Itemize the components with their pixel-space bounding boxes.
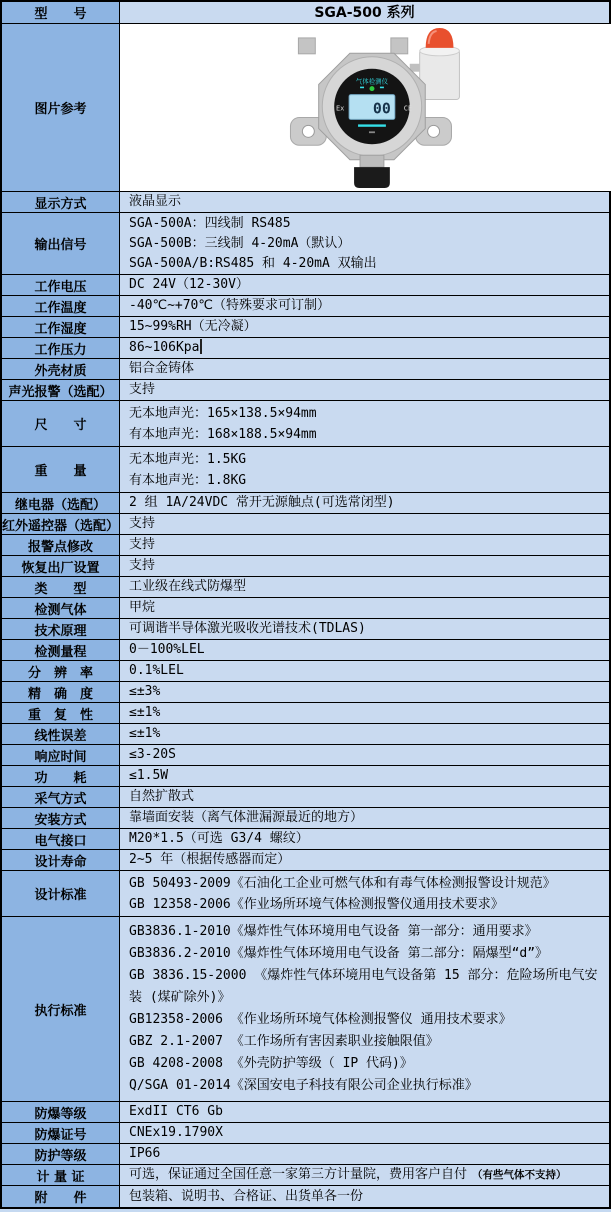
spec-value: 2~5 年（根据传感器而定） xyxy=(120,850,609,870)
spec-label: 工作湿度 xyxy=(2,317,120,337)
spec-label: 红外遥控器（选配） xyxy=(2,514,120,534)
spec-value: M20*1.5（可选 G3/4 螺纹） xyxy=(120,829,609,849)
spec-label: 声光报警（选配） xyxy=(2,380,120,400)
spec-value-text: -40℃~+70℃（特殊要求可订制） xyxy=(129,297,609,315)
spec-value-text: ≤1.5W xyxy=(129,767,609,785)
spec-value: 15~99%RH（无冷凝） xyxy=(120,317,609,337)
spec-value: 可调谐半导体激光吸收光谱技术(TDLAS) xyxy=(120,619,609,639)
table-row: 重 量 无本地声光：1.5KG 有本地声光：1.8KG xyxy=(2,447,609,493)
spec-label: 线性误差 xyxy=(2,724,120,744)
table-row: 工作压力 86~106Kpa xyxy=(2,338,609,359)
spec-value-text: M20*1.5（可选 G3/4 螺纹） xyxy=(129,830,609,848)
spec-label: 电气接口 xyxy=(2,829,120,849)
table-row: 尺 寸 无本地声光：165×138.5×94mm 有本地声光：168×188.5… xyxy=(2,401,609,447)
spec-value: 支持 xyxy=(120,535,609,555)
spec-value-text: 可选，保证通过全国任意一家第三方计量院，费用客户自付 xyxy=(129,1167,467,1182)
spec-label: 技术原理 xyxy=(2,619,120,639)
spec-value-text: ≤±1% xyxy=(129,704,609,722)
spec-value: ≤±1% xyxy=(120,703,609,723)
spec-value: ExdII CT6 Gb xyxy=(120,1102,609,1122)
table-row: 执行标准 GB3836.1-2010《爆炸性气体环境用电气设备 第一部分：通用要… xyxy=(2,917,609,1102)
spec-value-text: 包装箱、说明书、合格证、出货单各一份 xyxy=(129,1188,609,1206)
spec-value-text: 2~5 年（根据传感器而定） xyxy=(129,851,609,869)
spec-value: 可选，保证通过全国任意一家第三方计量院，费用客户自付（有些气体不支持） xyxy=(120,1165,609,1185)
spec-value-line: GB 12358-2006《作业场所环境气体检测报警仪通用技术要求》 xyxy=(129,894,609,915)
spec-value-text: IP66 xyxy=(129,1145,609,1163)
spec-value: DC 24V（12-30V） xyxy=(120,275,609,295)
spec-label: 继电器（选配） xyxy=(2,493,120,513)
spec-value-line: 无本地声光：1.5KG xyxy=(129,449,609,470)
product-image: 气体检测仪 00 Ex CE xyxy=(120,24,611,191)
spec-label: 输出信号 xyxy=(2,213,120,274)
spec-value: IP66 xyxy=(120,1144,609,1164)
spec-label: 采气方式 xyxy=(2,787,120,807)
spec-value-text: 0－100%LEL xyxy=(129,641,609,659)
table-row: 功 耗 ≤1.5W xyxy=(2,766,609,787)
spec-value-text: 0.1%LEL xyxy=(129,662,609,680)
spec-label: 设计标准 xyxy=(2,871,120,916)
spec-value-line: GB3836.1-2010《爆炸性气体环境用电气设备 第一部分：通用要求》 xyxy=(129,921,603,943)
table-row: 附 件 包装箱、说明书、合格证、出货单各一份 xyxy=(2,1186,609,1207)
spec-value-line: GB12358-2006 《作业场所环境气体检测报警仪 通用技术要求》 xyxy=(129,1009,603,1031)
table-row: 防护等级 IP66 xyxy=(2,1144,609,1165)
spec-value: 2 组 1A/24VDC 常开无源触点(可选常闭型) xyxy=(120,493,609,513)
spec-value: 工业级在线式防爆型 xyxy=(120,577,609,597)
spec-value: 液晶显示 xyxy=(120,192,609,212)
spec-value-model: SGA-500 系列 xyxy=(120,2,609,23)
spec-label: 执行标准 xyxy=(2,917,120,1101)
spec-table: 型 号 SGA-500 系列 图片参考 xyxy=(0,0,611,1209)
table-row: 精 确 度 ≤±3% xyxy=(2,682,609,703)
spec-value-text: 铝合金铸体 xyxy=(129,360,609,378)
spec-value-line: GB3836.2-2010《爆炸性气体环境用电气设备 第二部分：隔爆型“d”》 xyxy=(129,943,603,965)
spec-value-line: 有本地声光：1.8KG xyxy=(129,470,609,491)
spec-label: 报警点修改 xyxy=(2,535,120,555)
table-row: 检测量程 0－100%LEL xyxy=(2,640,609,661)
spec-value-text: ≤3-20S xyxy=(129,746,609,764)
spec-label: 恢复出厂设置 xyxy=(2,556,120,576)
spec-label: 重 量 xyxy=(2,447,120,492)
spec-label: 重 复 性 xyxy=(2,703,120,723)
spec-value: ≤±3% xyxy=(120,682,609,702)
spec-label: 附 件 xyxy=(2,1186,120,1207)
spec-value-text: ExdII CT6 Gb xyxy=(129,1103,609,1121)
sensor-neck xyxy=(360,155,384,167)
table-row: 图片参考 xyxy=(2,24,609,192)
spec-value-text: 液晶显示 xyxy=(129,193,609,211)
spec-value: 无本地声光：1.5KG 有本地声光：1.8KG xyxy=(120,447,609,492)
spec-label: 精 确 度 xyxy=(2,682,120,702)
spec-value: 0－100%LEL xyxy=(120,640,609,660)
ce-mark: CE xyxy=(404,104,412,112)
spec-label: 外壳材质 xyxy=(2,359,120,379)
table-row: 显示方式 液晶显示 xyxy=(2,192,609,213)
spec-value-text: ≤±3% xyxy=(129,683,609,701)
table-row: 声光报警（选配） 支持 xyxy=(2,380,609,401)
spec-value-text: 支持 xyxy=(129,557,609,575)
spec-label: 工作温度 xyxy=(2,296,120,316)
table-row: 恢复出厂设置 支持 xyxy=(2,556,609,577)
table-row: 工作电压 DC 24V（12-30V） xyxy=(2,275,609,296)
spec-value: GB 50493-2009《石油化工企业可燃气体和有毒气体检测报警设计规范》 G… xyxy=(120,871,609,916)
spec-label-image: 图片参考 xyxy=(2,24,120,191)
spec-value-text: 可调谐半导体激光吸收光谱技术(TDLAS) xyxy=(129,620,609,638)
table-row: 输出信号 SGA-500A：四线制 RS485 SGA-500B：三线制 4-2… xyxy=(2,213,609,275)
spec-label: 显示方式 xyxy=(2,192,120,212)
spec-value-text: 支持 xyxy=(129,515,609,533)
table-row: 工作温度 -40℃~+70℃（特殊要求可订制） xyxy=(2,296,609,317)
spec-value: 0.1%LEL xyxy=(120,661,609,681)
table-row: 计 量 证 可选，保证通过全国任意一家第三方计量院，费用客户自付（有些气体不支持… xyxy=(2,1165,609,1186)
spec-label-model: 型 号 xyxy=(2,2,120,23)
spec-value-line: SGA-500A/B:RS485 和 4-20mA 双输出 xyxy=(129,254,609,274)
spec-value: 甲烷 xyxy=(120,598,609,618)
screen-reading: 00 xyxy=(373,99,391,117)
spec-value-line: 无本地声光：165×138.5×94mm xyxy=(129,403,609,424)
spec-value: SGA-500A：四线制 RS485 SGA-500B：三线制 4-20mA（默… xyxy=(120,213,609,274)
spec-value: ≤3-20S xyxy=(120,745,609,765)
spec-value: ≤±1% xyxy=(120,724,609,744)
spec-label: 响应时间 xyxy=(2,745,120,765)
spec-value: 支持 xyxy=(120,514,609,534)
table-row: 外壳材质 铝合金铸体 xyxy=(2,359,609,380)
table-row: 分 辨 率 0.1%LEL xyxy=(2,661,609,682)
table-row: 线性误差 ≤±1% xyxy=(2,724,609,745)
spec-value: 支持 xyxy=(120,556,609,576)
spec-label: 防护等级 xyxy=(2,1144,120,1164)
spec-value: 铝合金铸体 xyxy=(120,359,609,379)
spec-value-line: 有本地声光：168×188.5×94mm xyxy=(129,424,609,445)
table-row: 防爆证号 CNEx19.1790X xyxy=(2,1123,609,1144)
spec-label: 检测气体 xyxy=(2,598,120,618)
table-row: 型 号 SGA-500 系列 xyxy=(2,2,609,24)
spec-label: 尺 寸 xyxy=(2,401,120,446)
spec-value: GB3836.1-2010《爆炸性气体环境用电气设备 第一部分：通用要求》 GB… xyxy=(120,917,609,1101)
table-row: 采气方式 自然扩散式 xyxy=(2,787,609,808)
spec-value-text: 支持 xyxy=(129,381,609,399)
text-cursor xyxy=(200,339,202,354)
spec-label: 工作压力 xyxy=(2,338,120,358)
table-row: 重 复 性 ≤±1% xyxy=(2,703,609,724)
spec-label: 设计寿命 xyxy=(2,850,120,870)
table-row: 技术原理 可调谐半导体激光吸收光谱技术(TDLAS) xyxy=(2,619,609,640)
spec-value-line: SGA-500B：三线制 4-20mA（默认） xyxy=(129,234,609,254)
spec-value-note: （有些气体不支持） xyxy=(472,1169,567,1181)
spec-value-text: CNEx19.1790X xyxy=(129,1124,609,1142)
cable-gland-left xyxy=(298,38,315,54)
spec-value: 自然扩散式 xyxy=(120,787,609,807)
spec-value-line: GB 3836.15-2000 《爆炸性气体环境用电气设备第 15 部分：危险场… xyxy=(129,965,603,1009)
device-title: 气体检测仪 xyxy=(356,77,389,86)
spec-value: 靠墙面安装（离气体泄漏源最近的地方） xyxy=(120,808,609,828)
table-row: 红外遥控器（选配） 支持 xyxy=(2,514,609,535)
spec-value-text: 2 组 1A/24VDC 常开无源触点(可选常闭型) xyxy=(129,494,609,512)
spec-value-text: ≤±1% xyxy=(129,725,609,743)
spec-label: 分 辨 率 xyxy=(2,661,120,681)
spec-label: 防爆证号 xyxy=(2,1123,120,1143)
gas-sensor xyxy=(354,167,390,188)
spec-label: 类 型 xyxy=(2,577,120,597)
table-row: 电气接口 M20*1.5（可选 G3/4 螺纹） xyxy=(2,829,609,850)
spec-label: 检测量程 xyxy=(2,640,120,660)
spec-value: 包装箱、说明书、合格证、出货单各一份 xyxy=(120,1186,609,1207)
spec-value: 支持 xyxy=(120,380,609,400)
spec-value-line: SGA-500A：四线制 RS485 xyxy=(129,214,609,234)
status-led xyxy=(369,86,374,91)
table-row: 工作湿度 15~99%RH（无冷凝） xyxy=(2,317,609,338)
product-image-cell: 气体检测仪 00 Ex CE xyxy=(120,24,611,191)
spec-value-text: 工业级在线式防爆型 xyxy=(129,578,609,596)
spec-value: 无本地声光：165×138.5×94mm 有本地声光：168×188.5×94m… xyxy=(120,401,609,446)
table-row: 响应时间 ≤3-20S xyxy=(2,745,609,766)
spec-value-text: 15~99%RH（无冷凝） xyxy=(129,318,609,336)
spec-value-text: 甲烷 xyxy=(129,599,609,617)
table-row: 检测气体 甲烷 xyxy=(2,598,609,619)
spec-value-line: GB 50493-2009《石油化工企业可燃气体和有毒气体检测报警设计规范》 xyxy=(129,873,609,894)
spec-label: 工作电压 xyxy=(2,275,120,295)
table-row: 设计标准 GB 50493-2009《石油化工企业可燃气体和有毒气体检测报警设计… xyxy=(2,871,609,917)
spec-value-text: 86~106Kpa xyxy=(129,340,199,355)
spec-label: 计 量 证 xyxy=(2,1165,120,1185)
spec-value-line: Q/SGA 01-2014《深国安电子科技有限公司企业执行标准》 xyxy=(129,1075,603,1097)
spec-value-line: GBZ 2.1-2007 《工作场所有害因素职业接触限值》 xyxy=(129,1031,603,1053)
spec-value-editing[interactable]: 86~106Kpa xyxy=(120,338,609,358)
table-row: 继电器（选配） 2 组 1A/24VDC 常开无源触点(可选常闭型) xyxy=(2,493,609,514)
spec-value: CNEx19.1790X xyxy=(120,1123,609,1143)
spec-value-text: 靠墙面安装（离气体泄漏源最近的地方） xyxy=(129,809,609,827)
spec-value-text: 支持 xyxy=(129,536,609,554)
table-row: 安装方式 靠墙面安装（离气体泄漏源最近的地方） xyxy=(2,808,609,829)
cable-gland-right xyxy=(391,38,408,54)
spec-label: 安装方式 xyxy=(2,808,120,828)
spec-value: -40℃~+70℃（特殊要求可订制） xyxy=(120,296,609,316)
table-row: 类 型 工业级在线式防爆型 xyxy=(2,577,609,598)
table-row: 设计寿命 2~5 年（根据传感器而定） xyxy=(2,850,609,871)
model-name: SGA-500 系列 xyxy=(314,4,414,22)
table-row: 防爆等级 ExdII CT6 Gb xyxy=(2,1102,609,1123)
spec-value: ≤1.5W xyxy=(120,766,609,786)
table-row: 报警点修改 支持 xyxy=(2,535,609,556)
ex-mark: Ex xyxy=(336,104,344,112)
spec-label: 防爆等级 xyxy=(2,1102,120,1122)
spec-value-text: DC 24V（12-30V） xyxy=(129,276,609,294)
spec-value-text: 自然扩散式 xyxy=(129,788,609,806)
spec-value-line: GB 4208-2008 《外壳防护等级（ IP 代码)》 xyxy=(129,1053,603,1075)
spec-label: 功 耗 xyxy=(2,766,120,786)
